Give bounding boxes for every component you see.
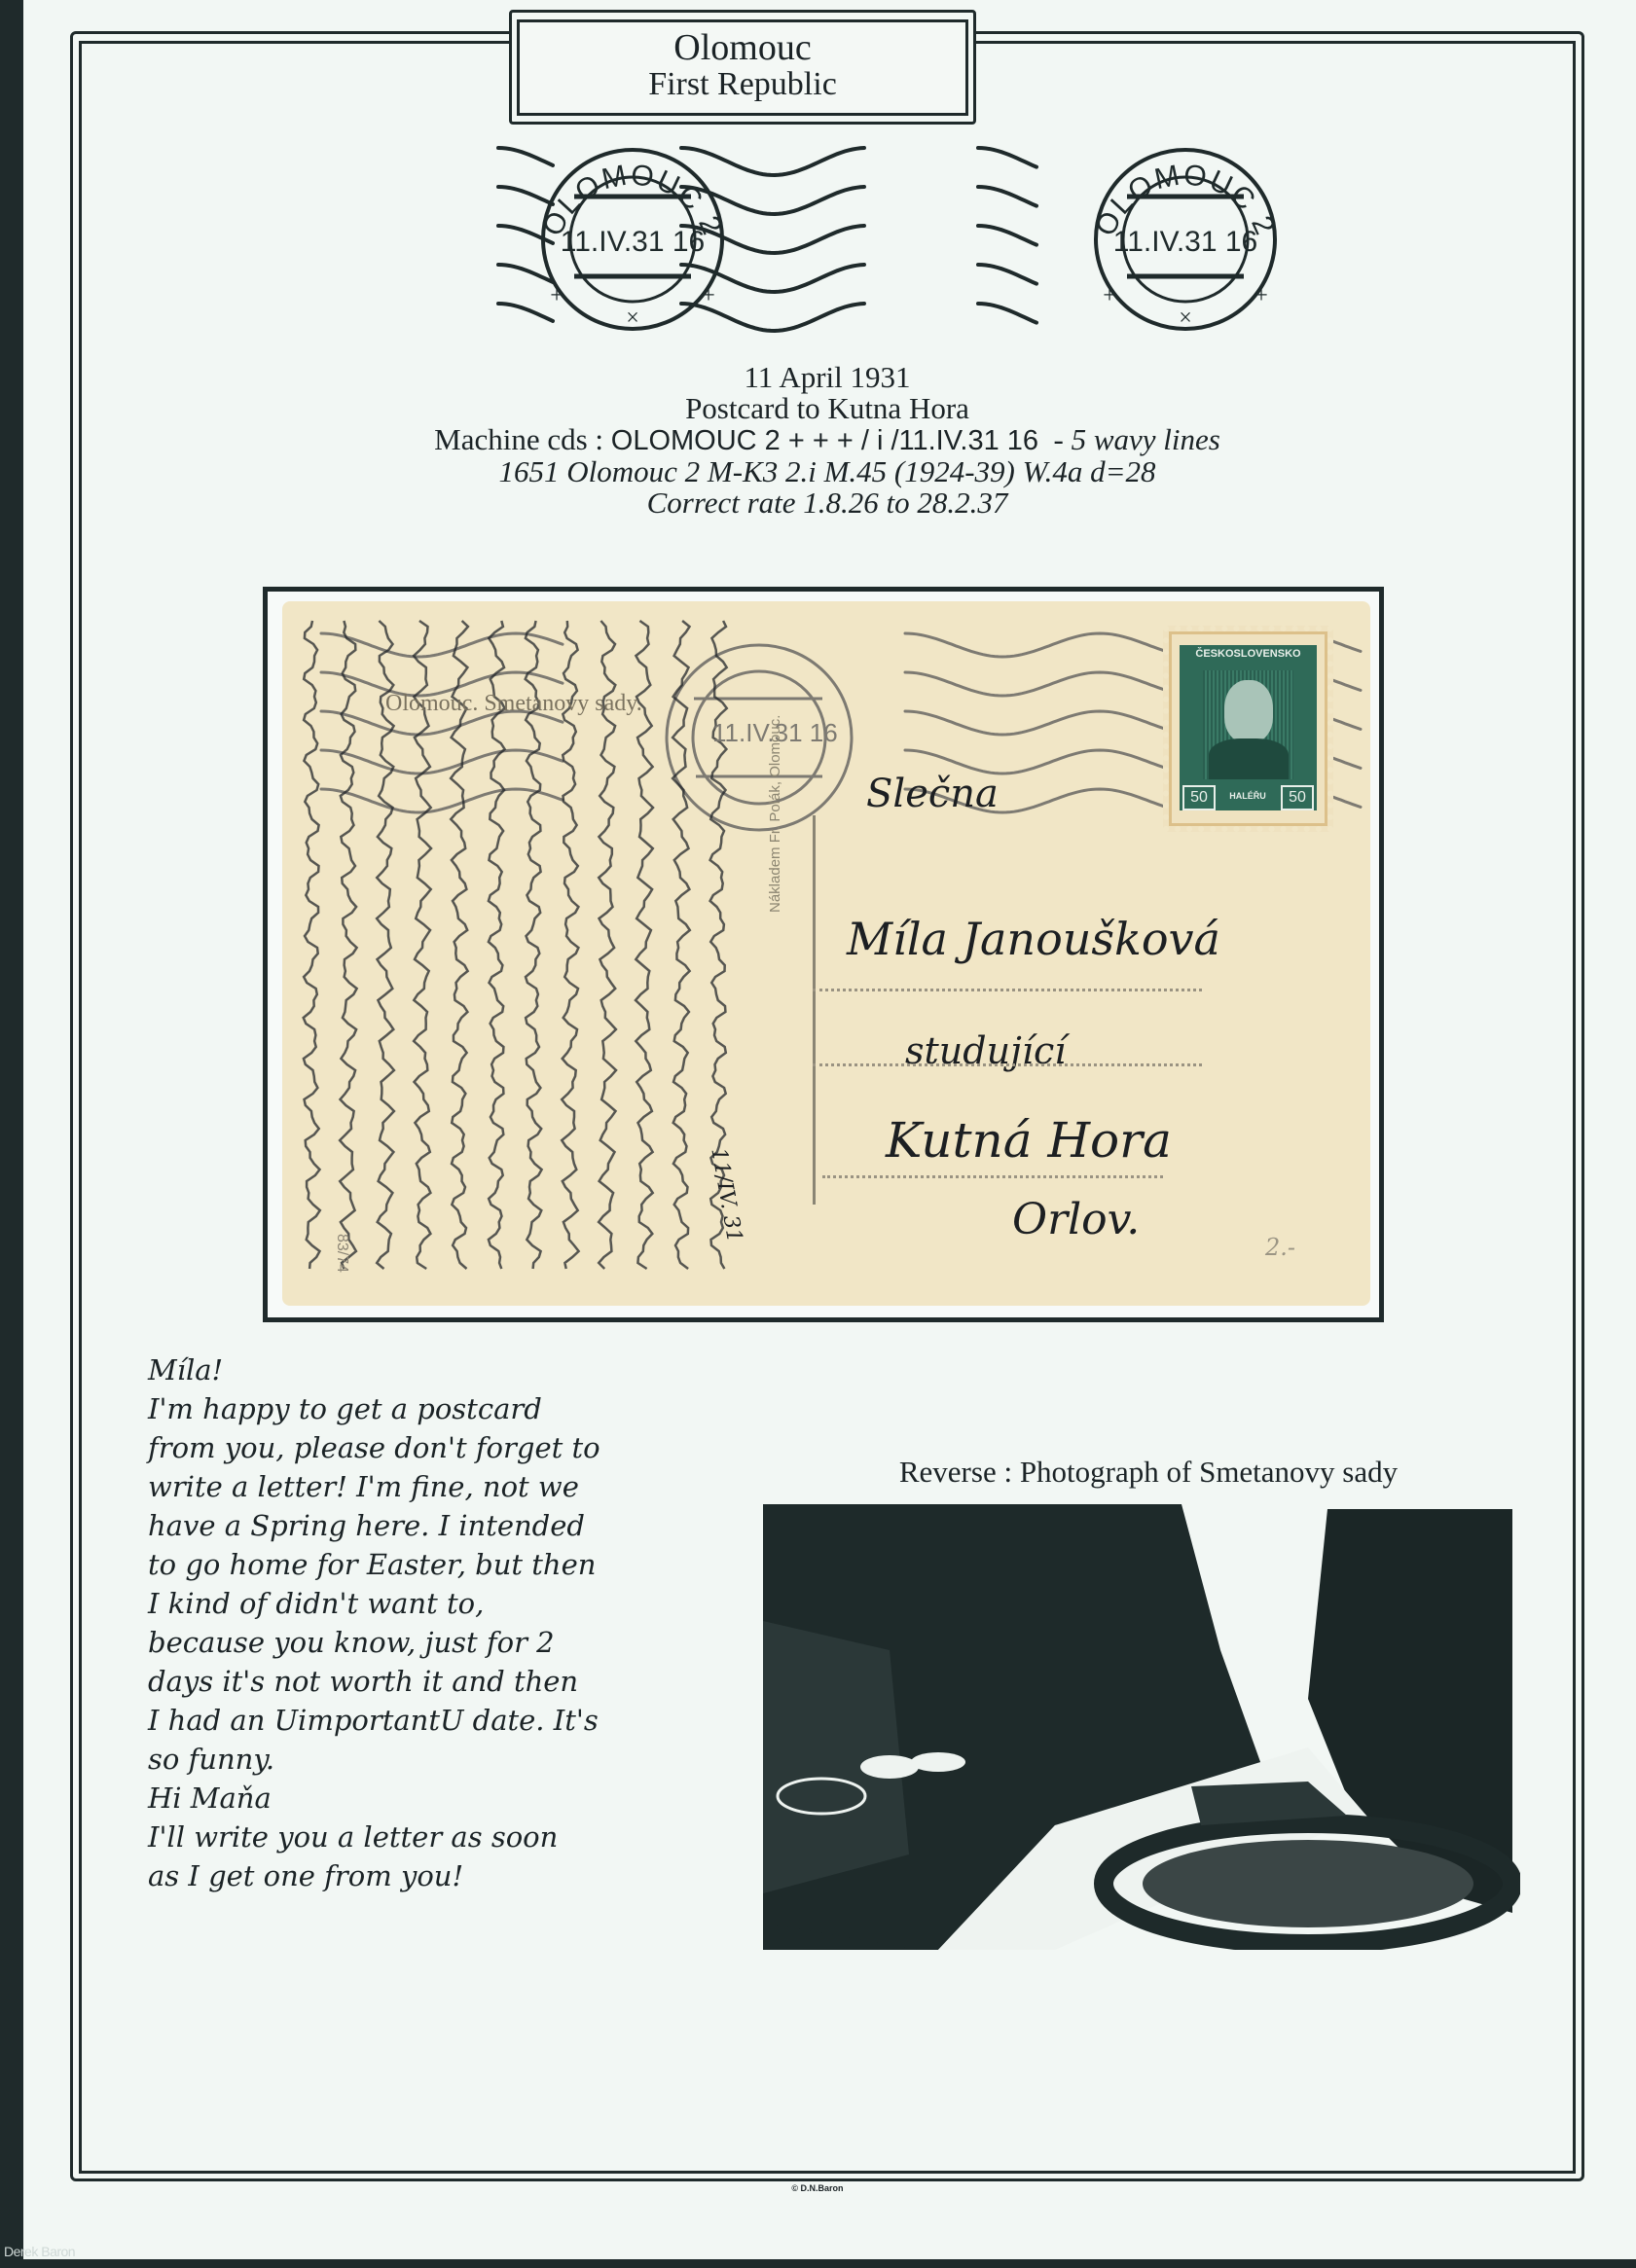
stamp-value-right: 50 <box>1281 785 1314 810</box>
svg-text:+: + <box>1103 283 1116 308</box>
translation-line: I'll write you a letter as soon <box>148 1818 771 1856</box>
svg-text:+: + <box>1254 283 1268 308</box>
svg-text:11.IV.31 16: 11.IV.31 16 <box>561 226 705 258</box>
title-box: Olomouc First Republic <box>517 19 968 116</box>
translation-line: write a letter! I'm fine, not we <box>148 1467 771 1506</box>
pencil-reference: 83/74 <box>333 1234 350 1273</box>
translation-line: Míla! <box>148 1350 771 1389</box>
stamp-country: ČESKOSLOVENSKO <box>1180 645 1317 663</box>
cover-date: 11 April 1931 <box>195 362 1460 393</box>
portrait-head <box>1224 680 1273 742</box>
stamp-value-left: 50 <box>1182 785 1216 810</box>
postcard: Olomouc. Smetanovy sady. 11.IV.31 16 Nák… <box>282 601 1370 1306</box>
cancel-text: OLOMOUC 2 + + + / i /11.IV.31 16 <box>611 425 1038 456</box>
page-title: Olomouc <box>520 28 965 67</box>
portrait-icon <box>1203 670 1293 779</box>
stamp-design: ČESKOSLOVENSKO 50 HALÉŘU 50 <box>1180 645 1317 810</box>
translation-line: as I get one from you! <box>148 1856 771 1895</box>
svg-text:×: × <box>626 306 639 331</box>
postage-stamp: ČESKOSLOVENSKO 50 HALÉŘU 50 <box>1163 626 1333 832</box>
address-divider <box>813 815 816 1205</box>
postmark-dial-right: 11.IV.31 16OLOMOUC 2++× <box>1089 150 1282 331</box>
svg-text:×: × <box>1179 306 1192 331</box>
address-name: Míla Janoušková <box>847 913 1220 965</box>
translation-line: have a Spring here. I intended <box>148 1506 771 1545</box>
cover-description: Postcard to Kutna Hora <box>195 393 1460 424</box>
address-street: Orlov. <box>1012 1195 1140 1244</box>
translation-line: I kind of didn't want to, <box>148 1584 771 1623</box>
translation-line: days it's not worth it and then <box>148 1662 771 1701</box>
address-line-2 <box>813 1063 1202 1066</box>
description-block: 11 April 1931 Postcard to Kutna Hora Mac… <box>195 362 1460 519</box>
translation-line: Hi Maňa <box>148 1779 771 1818</box>
translation-line: I had an UimportantU date. It's <box>148 1701 771 1740</box>
scan-edge-bottom <box>0 2259 1636 2268</box>
stamp-currency: HALÉŘU <box>1218 791 1277 801</box>
postmark-illustration: 11.IV.31 16OLOMOUC 2++× 11.IV.31 16OLOMO… <box>487 134 1460 353</box>
catalogue-reference: 1651 Olomouc 2 M-K3 2.i M.45 (1924-39) W… <box>195 456 1460 487</box>
postal-rate: Correct rate 1.8.26 to 28.2.37 <box>195 487 1460 519</box>
portrait-body <box>1209 738 1289 779</box>
address-line-3 <box>822 1175 1163 1178</box>
translation-line: so funny. <box>148 1740 771 1779</box>
address-line-1 <box>813 989 1202 991</box>
translation-line: I'm happy to get a postcard <box>148 1389 771 1428</box>
cancel-suffix: - 5 wavy lines <box>1054 422 1220 456</box>
svg-text:+: + <box>702 283 715 308</box>
reverse-title: Reverse : Photograph of Smetanovy sady <box>759 1455 1538 1490</box>
publisher-imprint: Nákladem Fr. Polák, Olomouc. <box>767 715 783 913</box>
postmark-dial-left: 11.IV.31 16OLOMOUC 2++× <box>536 150 729 331</box>
scan-edge-left <box>0 0 23 2268</box>
corner-pencil-note: 2.- <box>1265 1234 1295 1261</box>
cancel-description: Machine cds : OLOMOUC 2 + + + / i /11.IV… <box>195 424 1460 456</box>
postcard-printed-caption: Olomouc. Smetanovy sady. <box>385 691 642 717</box>
svg-text:11.IV.31 16: 11.IV.31 16 <box>1113 226 1257 258</box>
translation-line: to go home for Easter, but then <box>148 1545 771 1584</box>
cancel-prefix: Machine cds : <box>434 422 603 456</box>
copyright: © D.N.Baron <box>623 2183 1012 2193</box>
translation-line: from you, please don't forget to <box>148 1428 771 1467</box>
message-translation: Míla!I'm happy to get a postcardfrom you… <box>148 1350 771 1895</box>
svg-text:+: + <box>550 283 564 308</box>
translation-line: because you know, just for 2 <box>148 1623 771 1662</box>
page-subtitle: First Republic <box>520 67 965 102</box>
scan-credit: Derek Baron <box>4 2244 75 2259</box>
address-city: Kutná Hora <box>886 1112 1172 1169</box>
park-photograph <box>763 1504 1520 1950</box>
address-salutation: Slečna <box>866 772 999 816</box>
